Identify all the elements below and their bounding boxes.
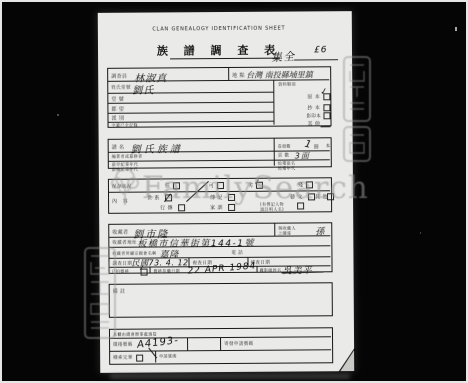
branch-label: 派 別 <box>111 115 124 122</box>
holder-address-label: 收藏者地址 <box>112 240 137 246</box>
row-divider <box>108 112 273 114</box>
cell-divider <box>220 337 221 350</box>
check-mark-filmed: ✓ <box>138 263 146 273</box>
cell-divider <box>228 68 229 80</box>
relation-value: 孫 <box>315 224 325 237</box>
other-blank-line <box>321 126 331 127</box>
row-divider <box>108 102 273 104</box>
office-note: 本欄由總會辦事處填寫 <box>113 331 157 337</box>
surveyor-label: 調查員 <box>111 73 127 80</box>
scan-artifact-speck <box>420 232 421 234</box>
scan-artifact-streak <box>110 374 350 379</box>
search-complete-label: 檢索完畢 <box>113 355 133 361</box>
microfilm-scan-frame: CLAN GENEALOGY IDENTIFICATION SHEET 族 譜 … <box>0 0 468 383</box>
work-description-table: 譜 名 劉氏族譜 卷冊數 1 冊 本 編著者或纂修者 頁 數 3面 最早紀事年代… <box>108 137 332 169</box>
photographer-value: 吳美平 <box>283 263 313 276</box>
source-option-photocopy-checkbox <box>323 112 330 119</box>
film-date-label: 微捲拍攝日期 <box>154 268 180 274</box>
content-note-line2: 請註明人名) <box>260 207 284 213</box>
source-option-photocopy: 影印本 <box>306 113 321 119</box>
column-divider <box>274 139 275 166</box>
pages-label: 頁 數 <box>278 153 290 159</box>
request-number-label: 寄發申請號碼 <box>224 341 253 347</box>
sheet-title-chinese: 族 譜 調 查 表 <box>102 41 336 59</box>
phone-label: 電 話 <box>231 250 243 256</box>
title-label: 譜 名 <box>112 144 125 151</box>
volumes-unit2: 本 <box>326 143 331 149</box>
application-number-label: 申請號碼 <box>159 353 177 359</box>
source-type-label: 資料類別 <box>278 82 296 88</box>
handwritten-annotation-left: 集全 <box>271 48 296 65</box>
generation-label: 字輩已全記錄 <box>112 123 138 129</box>
surname-label: 姓氏堂號 <box>111 85 131 91</box>
remarks-table: 備 註 <box>109 282 333 318</box>
column-divider <box>273 80 274 125</box>
place-value: 台灣 南投縣埔里鎮 <box>246 69 313 80</box>
place-label: 地 點 <box>232 72 245 79</box>
holder-address-value: 板橋市信華街第144-1號 <box>137 236 255 250</box>
pages-value: 3面 <box>295 150 310 161</box>
scan-artifact-speck <box>57 114 59 116</box>
annotation-underline <box>294 59 338 60</box>
familysearch-tree-logo-watermark <box>110 165 140 209</box>
paper-corner-fold <box>340 350 354 371</box>
office-use-table: 本欄由總會辦事處填寫 微捲號碼 A4193- 寄發申請號碼 檢索完畢 申請號碼 <box>109 327 333 365</box>
volumes-label: 卷冊數 <box>278 144 291 150</box>
sheet-title-english: CLAN GENEALOGY IDENTIFICATION SHEET <box>102 25 336 33</box>
volumes-value: 1 <box>303 139 313 151</box>
familysearch-text-watermark: FamilySearch <box>142 170 369 206</box>
title-underline <box>170 58 280 60</box>
handwritten-annotation-right: £6 <box>314 45 328 55</box>
cell-divider <box>187 337 188 350</box>
region-label: 郡 望 <box>111 106 124 113</box>
source-option-copy: 抄 本 <box>307 104 320 111</box>
source-option-copy-checkbox <box>323 104 330 111</box>
source-option-other: 其 他 <box>308 120 321 127</box>
volumes-unit: 冊 <box>314 143 319 150</box>
hall-label: 堂 號 <box>111 96 124 103</box>
source-option-original: 原 本 <box>307 93 320 100</box>
association-label: 收藏者所屬宗親會名稱 <box>112 250 156 256</box>
survey-info-table: 調查員 林淑真 地 點 台灣 南投縣埔里鎮 姓氏堂號 劉氏 堂 號 郡 望 派 … <box>107 66 331 128</box>
photographer-label: 攝影師姓名 <box>260 268 282 274</box>
seal-stamp-watermark-bottom-left <box>83 246 117 340</box>
cell-divider <box>274 224 275 236</box>
holder-info-table: 收藏者 劉市隆 與收藏人 之關係 孫 收藏者地址 板橋市信華街第144-1號 收… <box>108 222 332 274</box>
surname-value: 劉氏 <box>132 81 154 96</box>
relation-label-line2: 之關係 <box>278 231 291 237</box>
film-number-label: 微捲號碼 <box>113 342 133 348</box>
check-mark-original: ✓ <box>319 87 328 98</box>
scan-artifact-speck <box>455 27 457 31</box>
holder-name-label: 收藏者 <box>112 229 128 236</box>
author-label: 編著者或纂修者 <box>112 154 143 160</box>
seal-stamp-watermark-top-right <box>342 55 372 163</box>
search-complete-checkbox <box>136 355 143 362</box>
